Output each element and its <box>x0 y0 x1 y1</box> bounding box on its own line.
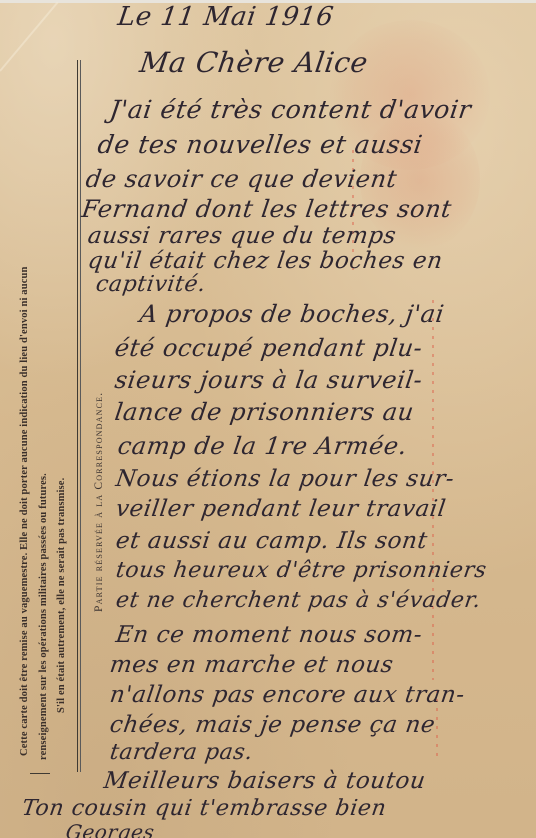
letter-line: de tes nouvelles et aussi <box>96 130 425 159</box>
letter-line: sieurs jours à la surveil- <box>113 366 424 394</box>
letter-line: J'ai été très content d'avoir <box>108 95 473 124</box>
letter-line: et aussi au camp. Ils sont <box>114 528 429 554</box>
letter-line: En ce moment nous som- <box>114 622 424 648</box>
letter-line: aussi rares que du temps <box>86 223 398 249</box>
letter-line: tardera pas. <box>108 740 254 765</box>
letter-line: n'allons pas encore aux tran- <box>108 682 466 708</box>
letter-line: de savoir ce que devient <box>84 165 399 193</box>
letter-signature: Georges <box>64 820 156 838</box>
letter-line: veiller pendant leur travail <box>114 496 447 522</box>
letter-line: chées, mais je pense ça ne <box>108 712 437 738</box>
letter-line: Nous étions la pour les sur- <box>114 466 456 492</box>
letter-line: qu'il était chez les boches en <box>86 248 444 274</box>
postcard: Cette carte doit être remise au vaguemes… <box>0 0 536 838</box>
letter-salutation: Ma Chère Alice <box>138 46 371 79</box>
letter-closing-line: Ton cousin qui t'embrasse bien <box>20 796 388 821</box>
letter-line: Fernand dont les lettres sont <box>80 195 454 223</box>
paper-crease <box>0 1 59 71</box>
letter-line: et ne cherchent pas à s'évader. <box>114 588 482 613</box>
letter-line: A propos de boches, j'ai <box>138 300 446 328</box>
reserved-correspondence-label: Partie réservée à la Correspondance. <box>93 392 105 612</box>
letter-line: mes en marche et nous <box>108 652 395 678</box>
printed-notice-line-2: renseignement sur les opérations militai… <box>38 473 49 760</box>
printed-notice-line-3: S'il en était autrement, elle ne serait … <box>56 478 67 713</box>
divider-rule <box>80 60 81 772</box>
letter-date: Le 11 Mai 1916 <box>116 2 336 32</box>
divider-rule-cap <box>30 773 50 774</box>
letter-line: lance de prisonniers au <box>113 398 416 426</box>
letter-line: camp de la 1re Armée. <box>116 432 409 460</box>
letter-line: Meilleurs baisers à toutou <box>102 768 427 794</box>
letter-line: tous heureux d'être prisonniers <box>114 558 488 583</box>
printed-notice-line-1: Cette carte doit être remise au vaguemes… <box>19 267 30 757</box>
divider-rule <box>77 60 78 772</box>
letter-line: captivité. <box>94 272 207 297</box>
letter-line: été occupé pendant plu- <box>113 334 424 362</box>
